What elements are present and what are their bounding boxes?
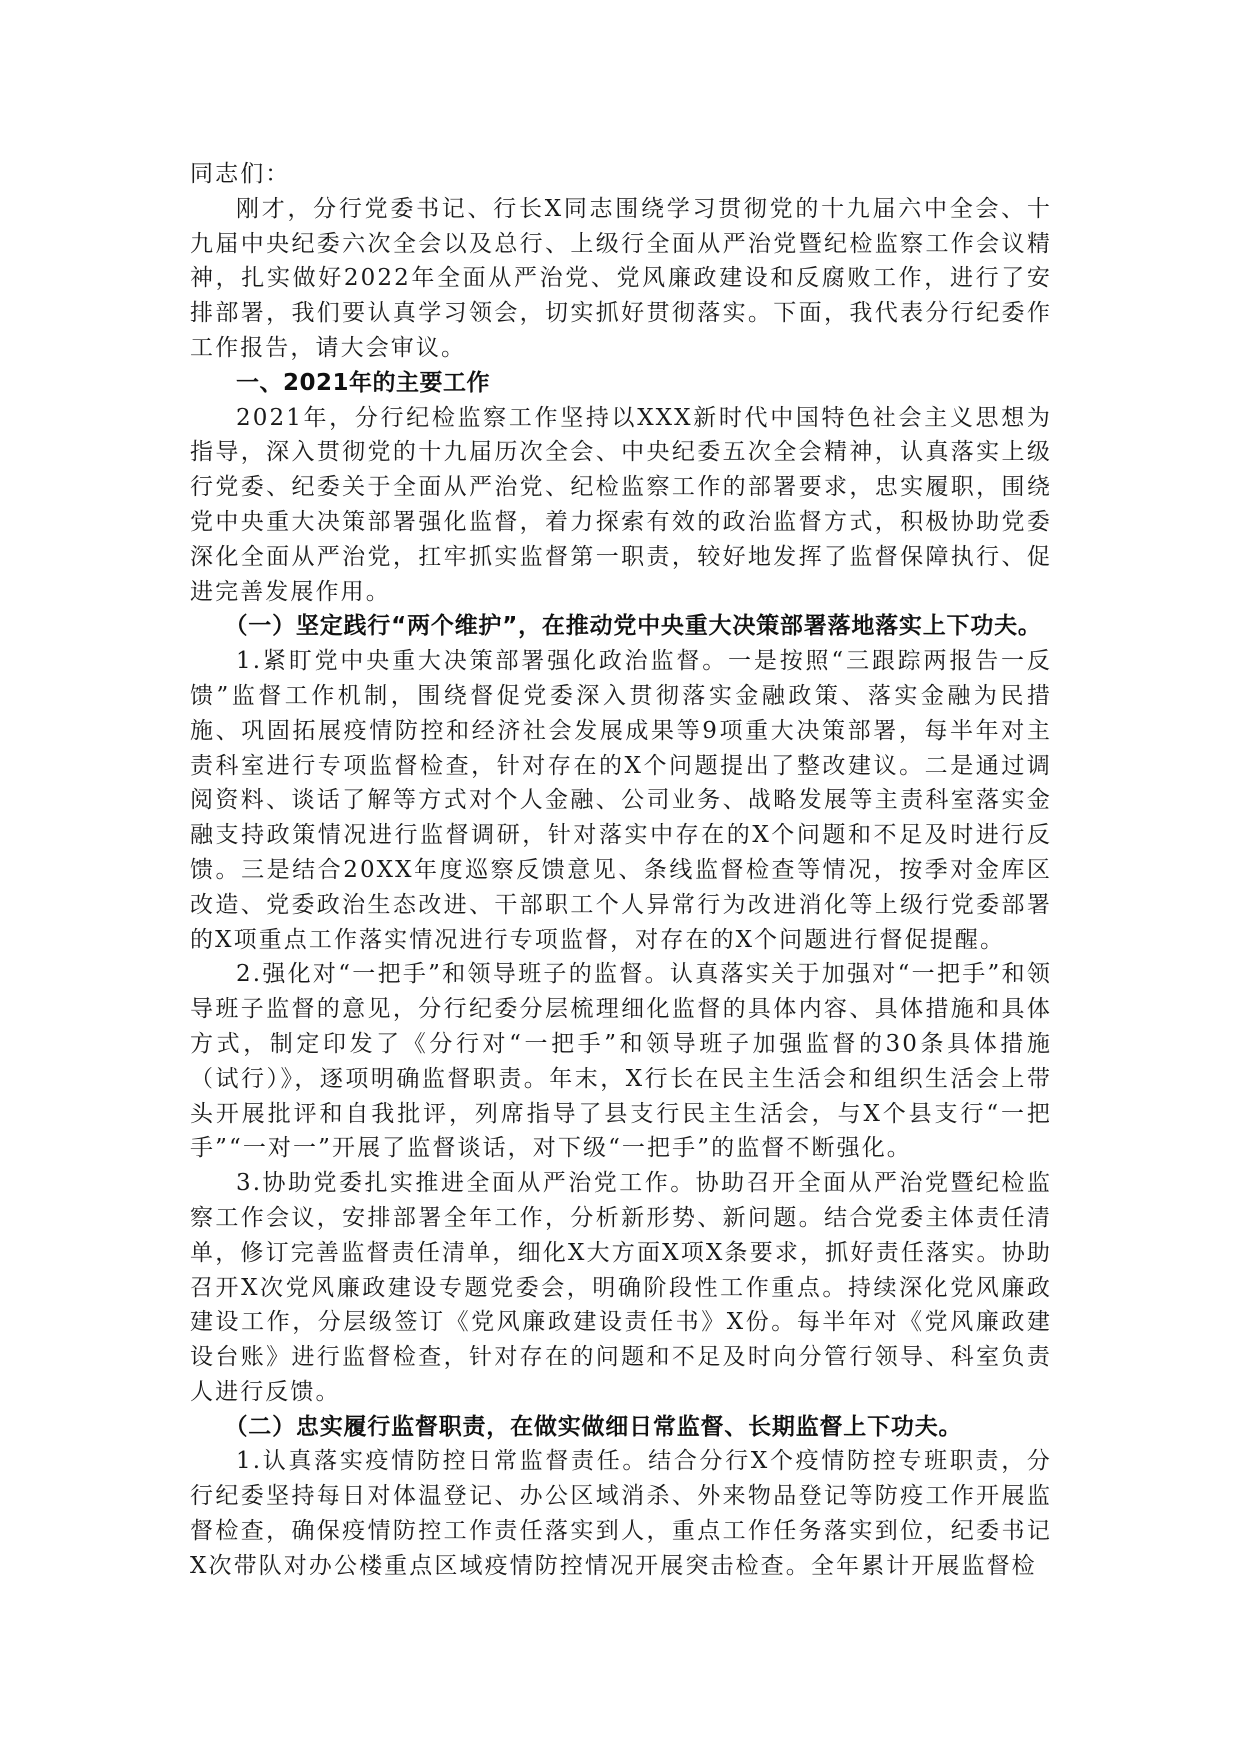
subsection-2-item-1: 1.认真落实疫情防控日常监督责任。结合分行X个疫情防控专班职责，分行纪委坚持每日… [190,1444,1052,1583]
salutation: 同志们： [190,157,1052,192]
document-page: 同志们： 刚才，分行党委书记、行长X同志围绕学习贯彻党的十九届六中全会、十九届中… [190,157,1052,1584]
subsection-1-item-3: 3.协助党委扎实推进全面从严治党工作。协助召开全面从严治党暨纪检监察工作会议，安… [190,1166,1052,1410]
intro-paragraph: 刚才，分行党委书记、行长X同志围绕学习贯彻党的十九届六中全会、十九届中央纪委六次… [190,192,1052,366]
section-heading-1: 一、2021年的主要工作 [190,366,1052,401]
section-1-summary: 2021年，分行纪检监察工作坚持以XXX新时代中国特色社会主义思想为指导，深入贯… [190,401,1052,610]
subsection-heading-2: （二）忠实履行监督职责，在做实做细日常监督、长期监督上下功夫。 [190,1410,1052,1445]
subsection-1-item-1: 1.紧盯党中央重大决策部署强化政治监督。一是按照“三跟踪两报告一反馈”监督工作机… [190,644,1052,957]
subsection-1-item-2: 2.强化对“一把手”和领导班子的监督。认真落实关于加强对“一把手”和领导班子监督… [190,957,1052,1166]
subsection-heading-1: （一）坚定践行“两个维护”，在推动党中央重大决策部署落地落实上下功夫。 [190,609,1052,644]
